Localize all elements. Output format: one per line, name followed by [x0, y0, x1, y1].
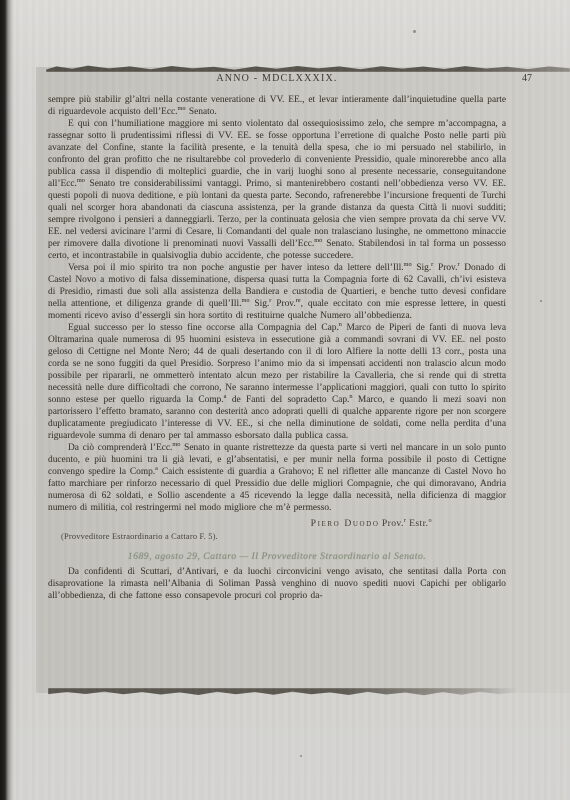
page-content: ANNO - MDCLXXXIX. 47 sempre più stabilir… — [36, 67, 570, 602]
signature-title: Prov.r Estr.o — [382, 518, 432, 529]
running-header: ANNO - MDCLXXXIX. 47 — [48, 73, 506, 87]
letter-body: sempre più stabilir gl’altri nella costa… — [48, 94, 506, 514]
entry-heading: 1689, agosto 29, Cattaro — Il Provvedito… — [48, 551, 506, 562]
paragraph: Egual successo per lo stesso fine occors… — [48, 322, 506, 442]
page-number: 47 — [522, 73, 532, 84]
scanned-book-page: ANNO - MDCLXXXIX. 47 sempre più stabilir… — [0, 0, 570, 800]
torn-edge-bottom — [48, 688, 518, 697]
scan-speck — [413, 30, 416, 33]
next-entry-body: Da confidenti di Scuttari, d’Antivari, e… — [48, 566, 506, 602]
running-header-anno: ANNO - MDCLXXXIX. — [48, 73, 506, 84]
archival-note: (Provveditore Estraordinario a Cattaro F… — [61, 532, 506, 541]
paragraph: Versa poi il mio spirito tra non poche a… — [48, 262, 506, 322]
signature-name: Piero Duodo — [311, 518, 380, 529]
paragraph: Da ciò comprenderà l’Ecc.mo Senato in qu… — [48, 442, 506, 514]
paragraph: sempre più stabilir gl’altri nella costa… — [48, 94, 506, 118]
printed-page: ANNO - MDCLXXXIX. 47 sempre più stabilir… — [36, 67, 570, 693]
scan-speck — [540, 300, 542, 302]
scan-speck — [300, 755, 302, 757]
signature-line: Piero Duodo Prov.r Estr.o — [48, 518, 432, 529]
paragraph: E qui con l’humiliatione maggiore mi sen… — [48, 118, 506, 262]
paragraph: Da confidenti di Scuttari, d’Antivari, e… — [48, 566, 506, 602]
book-spine-shadow — [0, 0, 14, 800]
